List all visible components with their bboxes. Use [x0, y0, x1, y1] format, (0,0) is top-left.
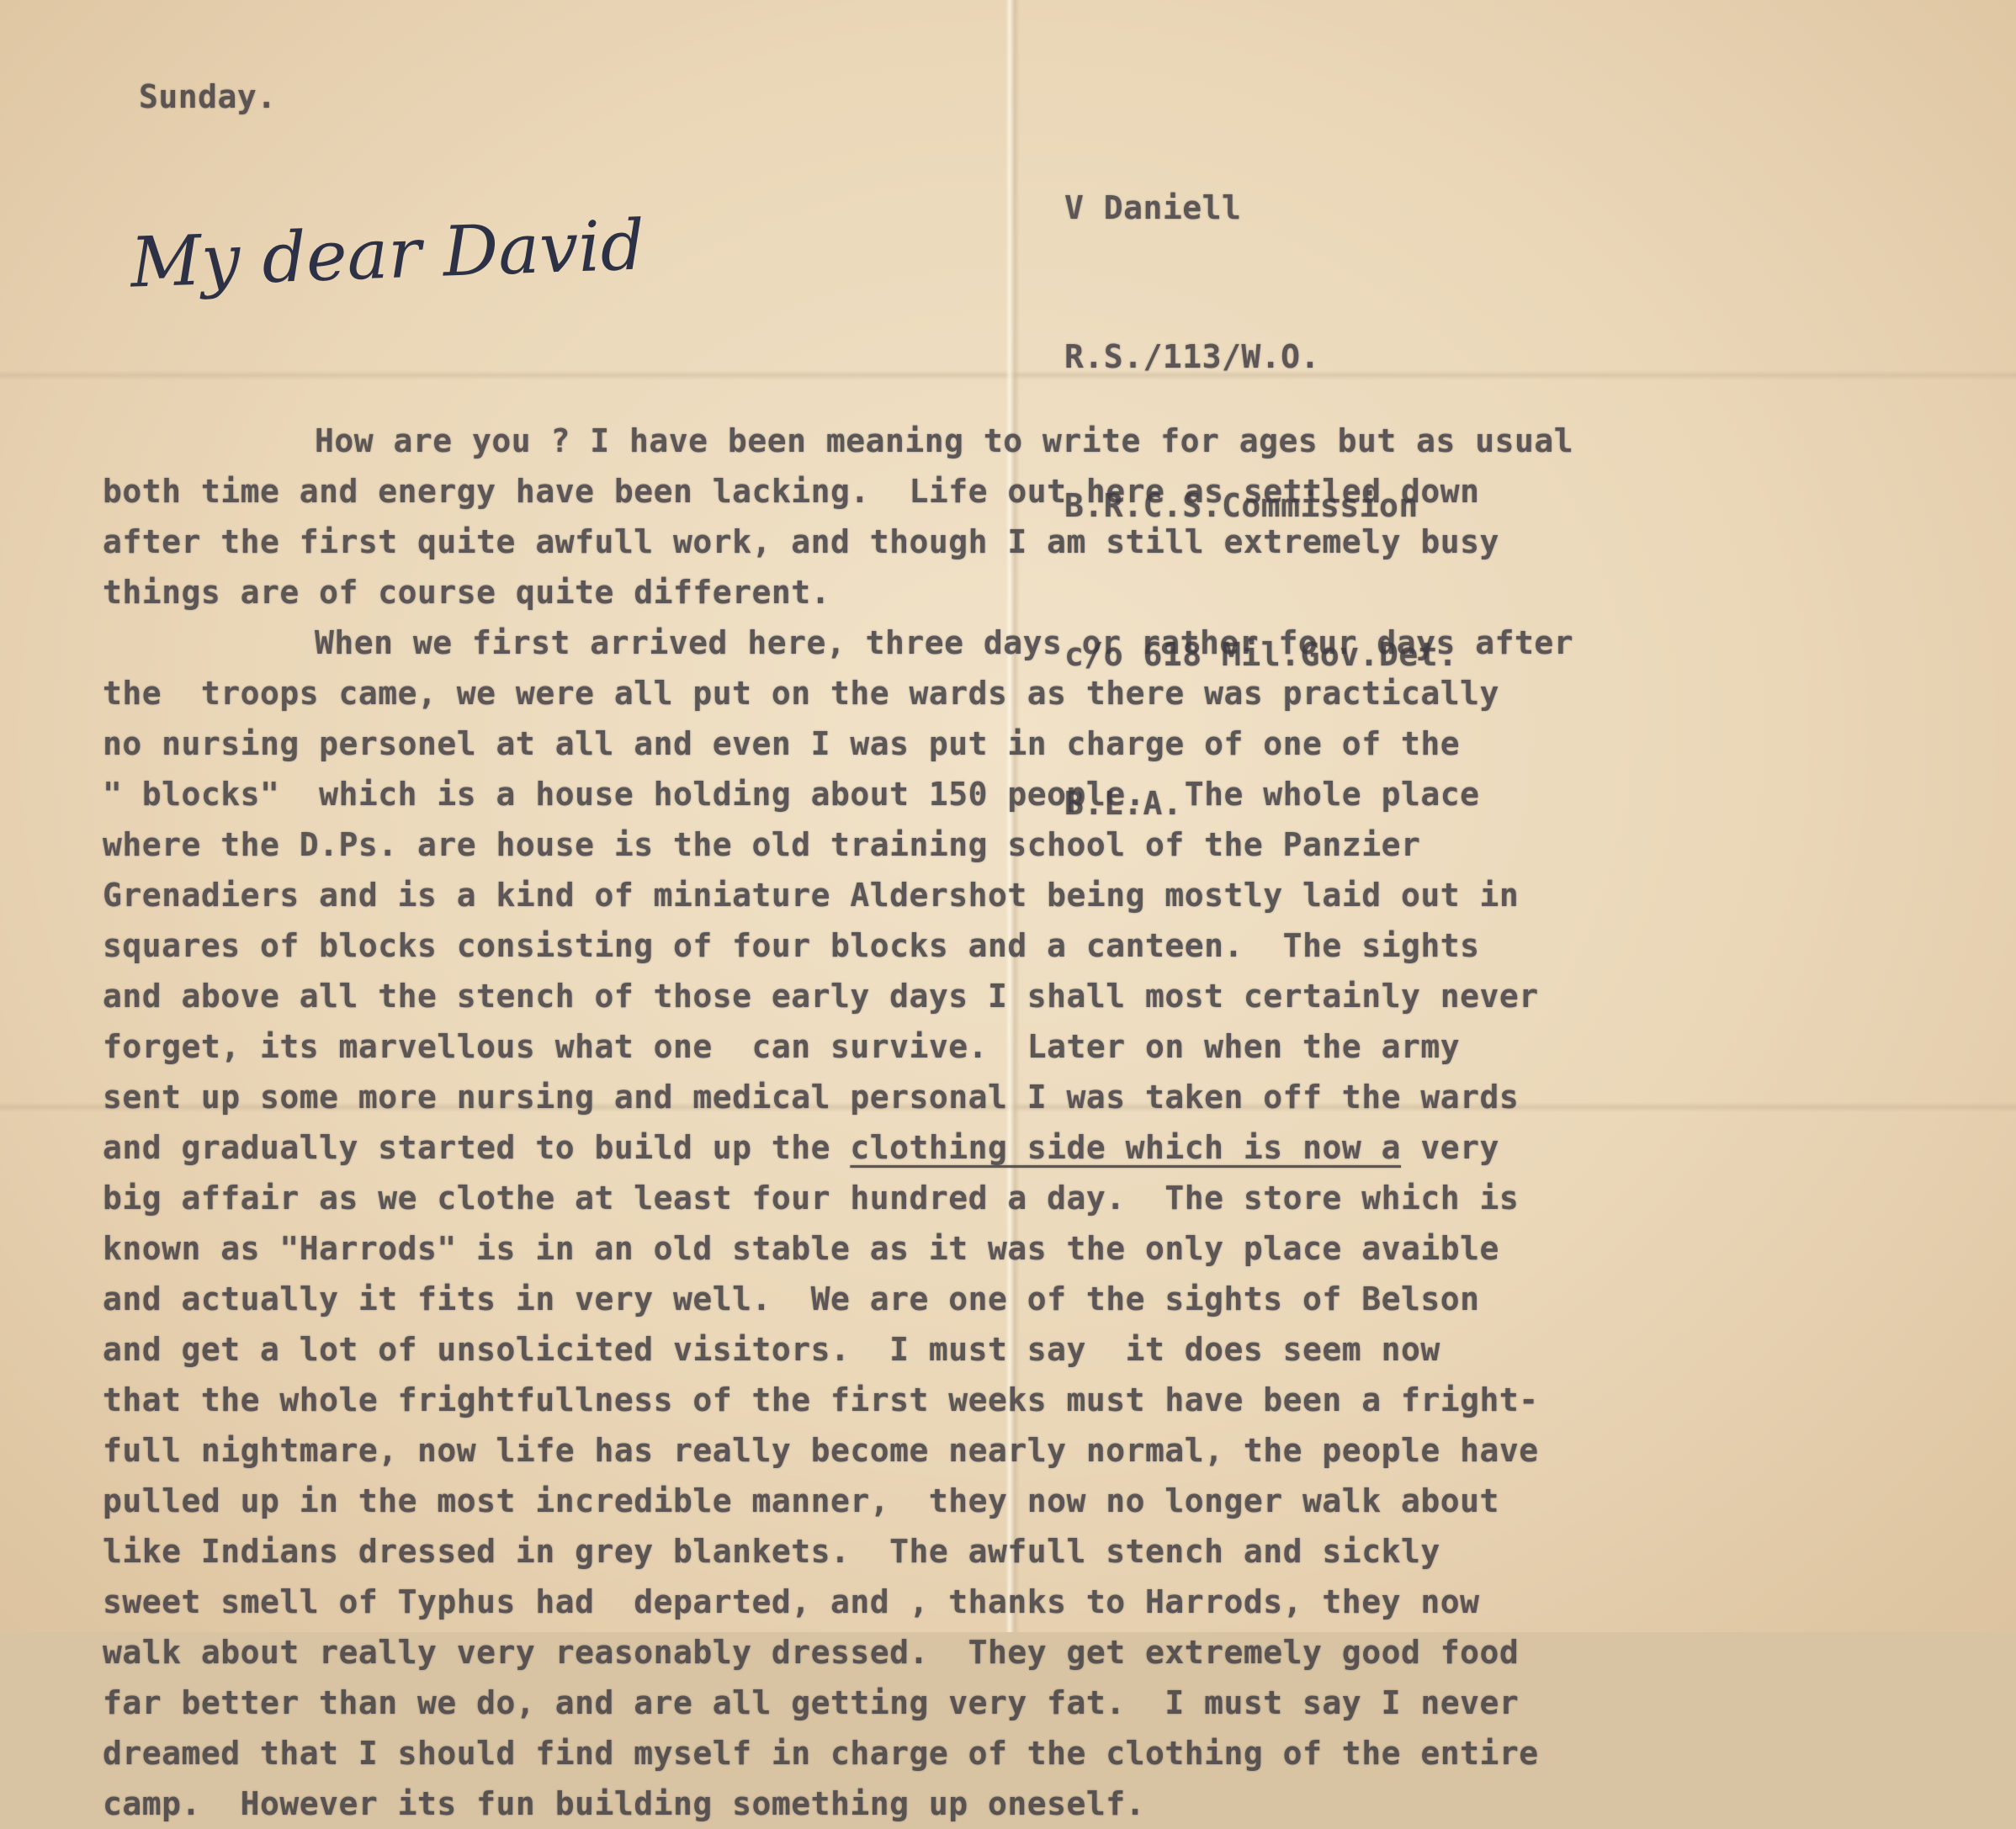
letter-body: How are you ? I have been meaning to wri…	[103, 416, 1573, 1632]
body-line: forget, its marvellous what one can surv…	[103, 1021, 1573, 1072]
letter-date: Sunday.	[139, 72, 277, 122]
body-line: that the whole frightfullness of the fir…	[103, 1375, 1573, 1425]
body-line: squares of blocks consisting of four blo…	[103, 920, 1573, 971]
body-line: sweet smell of Typhus had departed, and …	[103, 1577, 1573, 1627]
body-line: things are of course quite different.	[103, 567, 1573, 618]
body-line: sent up some more nursing and medical pe…	[103, 1072, 1573, 1122]
body-line: both time and energy have been lacking. …	[103, 466, 1573, 517]
body-line: Grenadiers and is a kind of miniature Al…	[103, 870, 1573, 920]
address-line: R.S./113/W.O.	[1064, 332, 1458, 382]
body-line: where the D.Ps. are house is the old tra…	[103, 819, 1573, 870]
body-line: after the first quite awfull work, and t…	[103, 517, 1573, 567]
body-line: like Indians dressed in grey blankets. T…	[103, 1526, 1573, 1577]
address-line: V Daniell	[1064, 183, 1458, 233]
body-line: big affair as we clothe at least four hu…	[103, 1173, 1573, 1223]
body-line: and actually it fits in very well. We ar…	[103, 1274, 1573, 1324]
underlined-text: clothing side which is now a	[850, 1129, 1401, 1166]
body-line: and above all the stench of those early …	[103, 971, 1573, 1021]
body-line: pulled up in the most incredible manner,…	[103, 1476, 1573, 1526]
body-line: " blocks" which is a house holding about…	[103, 769, 1573, 819]
body-line: When we first arrived here, three days o…	[103, 618, 1573, 668]
body-line: walk about really very reasonably dresse…	[103, 1627, 1573, 1632]
body-line: the troops came, we were all put on the …	[103, 668, 1573, 718]
body-line: full nightmare, now life has really beco…	[103, 1425, 1573, 1476]
body-line: and gradually started to build up the cl…	[103, 1122, 1573, 1173]
body-line: no nursing personel at all and even I wa…	[103, 718, 1573, 769]
body-line: known as "Harrods" is in an old stable a…	[103, 1223, 1573, 1274]
body-line: How are you ? I have been meaning to wri…	[103, 416, 1573, 466]
body-line: and get a lot of unsolicited visitors. I…	[103, 1324, 1573, 1375]
